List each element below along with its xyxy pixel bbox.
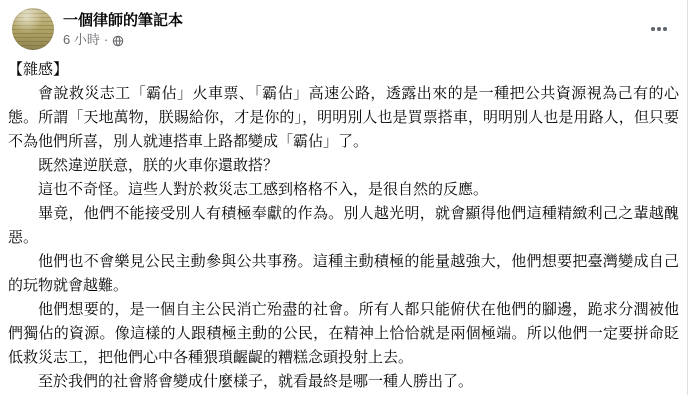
facebook-post-card: 一個律師的筆記本 6 小時 · 【雜感】 會說救災志工「霸佔」火車票、「霸佔」高: [0, 0, 688, 395]
post-paragraph: 他們想要的，是一個自主公民消亡殆盡的社會。所有人都只能俯伏在他們的腳邊，跪求分潤…: [8, 298, 679, 370]
post-paragraph: 既然違逆朕意，朕的火車你還敢搭？: [8, 154, 679, 178]
more-options-button[interactable]: [643, 17, 675, 41]
post-text: 【雜感】 會說救災志工「霸佔」火車票、「霸佔」高速公路，透露出來的是一種把公共資…: [0, 50, 687, 394]
post-paragraph: 這也不奇怪。這些人對於救災志工感到格格不入，是很自然的反應。: [8, 178, 679, 202]
post-paragraph: 至於我們的社會將會變成什麼樣子，就看最終是哪一種人勝出了。: [8, 370, 679, 394]
ellipsis-icon: [651, 27, 655, 31]
post-paragraph: 會說救災志工「霸佔」火車票、「霸佔」高速公路，透露出來的是一種把公共資源視為己有…: [8, 82, 679, 154]
post-header-info: 一個律師的筆記本 6 小時 ·: [63, 8, 183, 48]
meta-separator: ·: [104, 32, 108, 48]
post-meta: 6 小時 ·: [63, 32, 183, 48]
post-header: 一個律師的筆記本 6 小時 ·: [0, 0, 687, 50]
post-paragraph: 【雜感】: [8, 58, 679, 82]
post-paragraph: 他們也不會樂見公民主動參與公共事務。這種主動積極的能量越強大，他們想要把臺灣變成…: [8, 250, 679, 298]
page-name-link[interactable]: 一個律師的筆記本: [63, 11, 183, 30]
post-paragraph: 畢竟，他們不能接受別人有積極奉獻的作為。別人越光明，就會顯得他們這種精緻利己之輩…: [8, 202, 679, 250]
page-avatar[interactable]: [12, 8, 54, 50]
timestamp-link[interactable]: 6 小時: [63, 32, 100, 48]
globe-icon: [112, 35, 124, 47]
